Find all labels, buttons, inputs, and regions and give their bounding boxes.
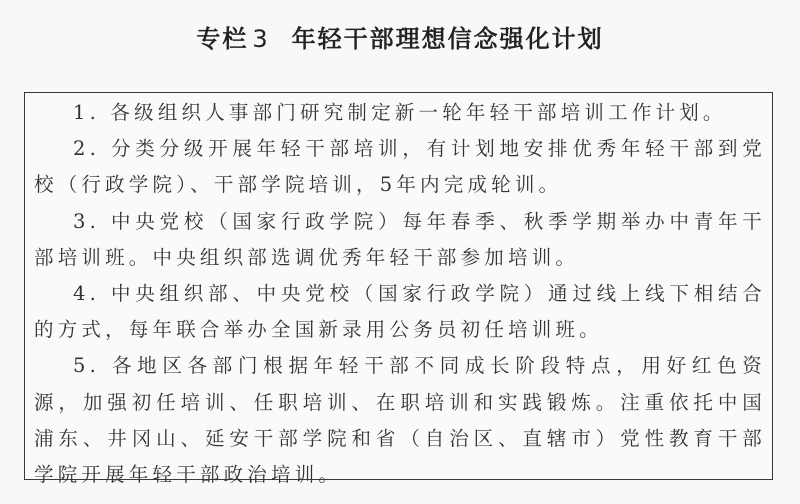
item-text: 中央党校（国家行政学院）每年春季、秋季学期举办中青年干部培训班。中央组织部选调优… bbox=[34, 210, 766, 269]
title-prefix: 专栏 bbox=[196, 25, 248, 53]
item-text: 各地区各部门根据年轻干部不同成长阶段特点，用好红色资源，加强初任培训、任职培训、… bbox=[34, 354, 766, 486]
list-item: 1. 各级组织人事部门研究制定新一轮年轻干部培训工作计划。 bbox=[34, 95, 766, 131]
item-number: 1. bbox=[73, 101, 100, 124]
item-number: 3. bbox=[73, 210, 100, 233]
list-item: 5. 各地区各部门根据年轻干部不同成长阶段特点，用好红色资源，加强初任培训、任职… bbox=[34, 348, 766, 493]
content-body: 1. 各级组织人事部门研究制定新一轮年轻干部培训工作计划。 2. 分类分级开展年… bbox=[34, 95, 766, 493]
item-number: 4. bbox=[73, 282, 100, 305]
list-item: 3. 中央党校（国家行政学院）每年春季、秋季学期举办中青年干部培训班。中央组织部… bbox=[34, 204, 766, 276]
item-text: 中央组织部、中央党校（国家行政学院）通过线上线下相结合的方式，每年联合举办全国新… bbox=[34, 282, 766, 341]
title-text: 年轻干部理想信念强化计划 bbox=[292, 25, 604, 53]
content-box: 1. 各级组织人事部门研究制定新一轮年轻干部培训工作计划。 2. 分类分级开展年… bbox=[24, 92, 773, 480]
item-number: 5. bbox=[73, 354, 100, 377]
document-title: 专栏3年轻干部理想信念强化计划 bbox=[0, 24, 800, 54]
title-number: 3 bbox=[252, 25, 269, 53]
list-item: 4. 中央组织部、中央党校（国家行政学院）通过线上线下相结合的方式，每年联合举办… bbox=[34, 276, 766, 348]
item-text: 各级组织人事部门研究制定新一轮年轻干部培训工作计划。 bbox=[110, 101, 726, 124]
list-item: 2. 分类分级开展年轻干部培训，有计划地安排优秀年轻干部到党校（行政学院）、干部… bbox=[34, 131, 766, 203]
item-text: 分类分级开展年轻干部培训，有计划地安排优秀年轻干部到党校（行政学院）、干部学院培… bbox=[34, 137, 766, 196]
item-number: 2. bbox=[73, 137, 100, 160]
